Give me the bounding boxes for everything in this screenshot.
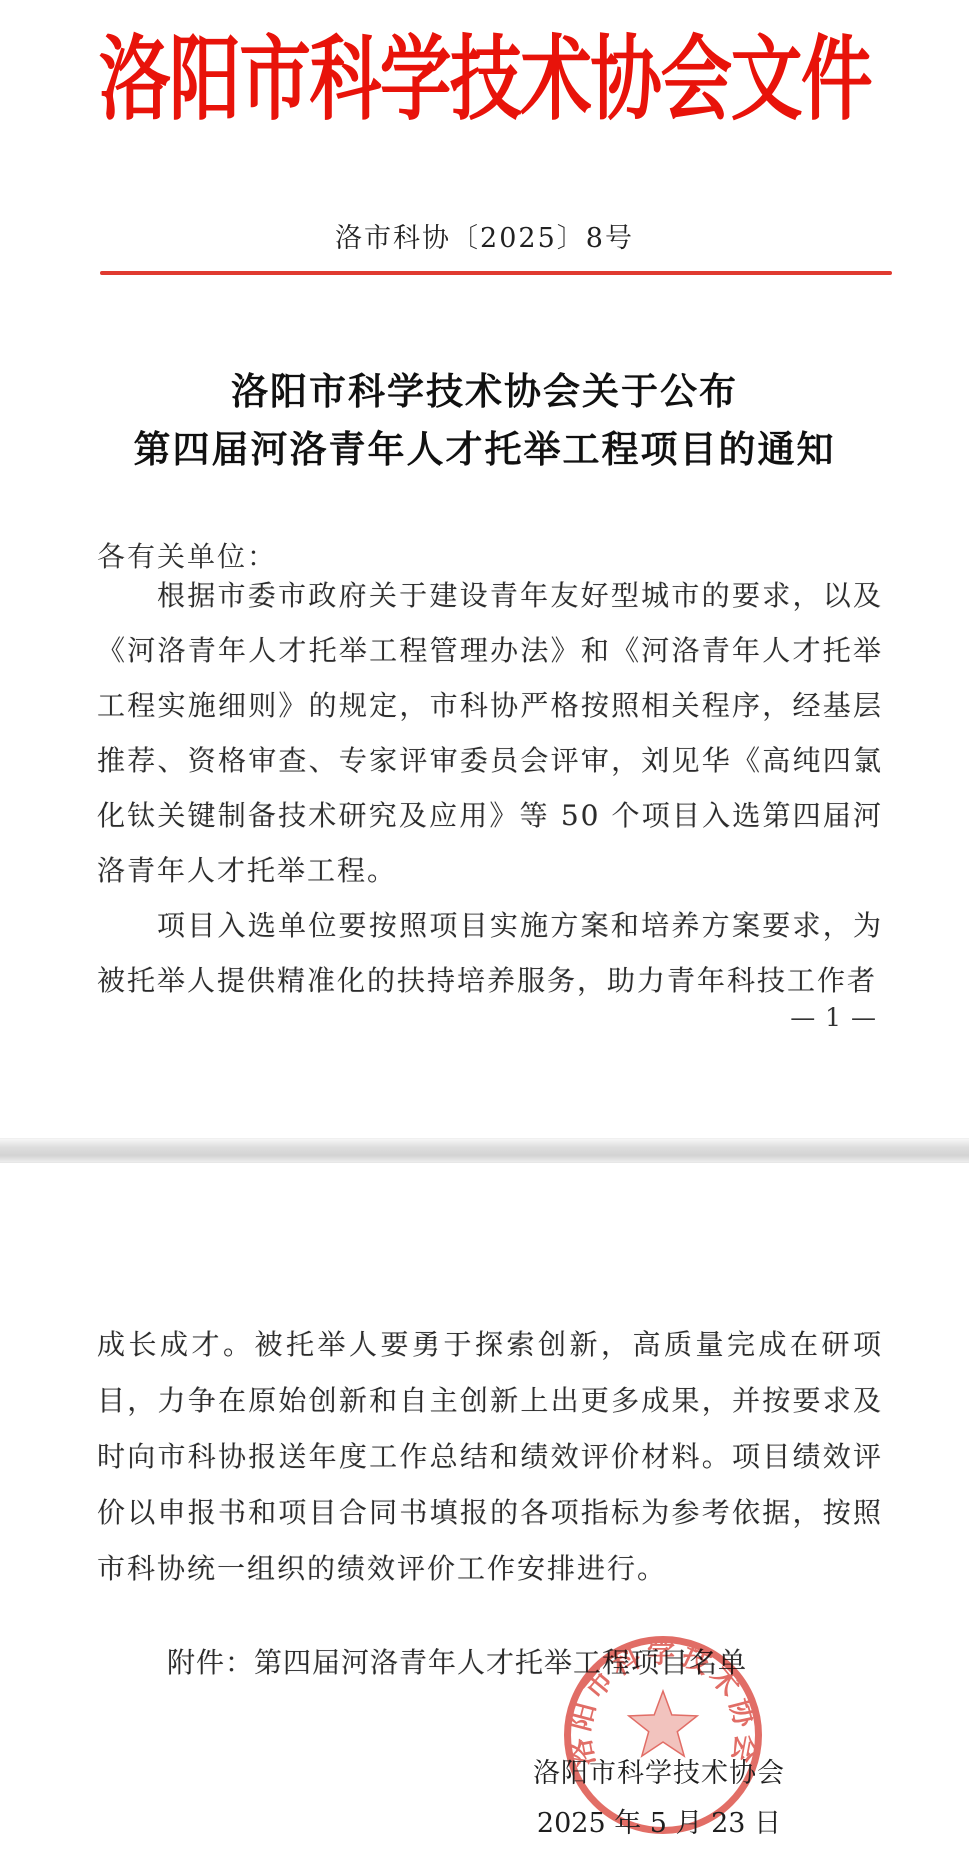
signature-date: 2025 年 5 月 23 日	[535, 1801, 783, 1840]
letterhead-title: 洛阳市科学技术协会文件	[0, 20, 969, 124]
red-separator-rule	[100, 271, 892, 275]
notice-title: 洛阳市科学技术协会关于公布 第四届河洛青年人才托举工程项目的通知	[0, 362, 969, 478]
notice-title-line1: 洛阳市科学技术协会关于公布	[0, 362, 969, 420]
signature-org: 洛阳市科学技术协会	[525, 1751, 793, 1790]
page2-body: 成长成才。被托举人要勇于探索创新，高质量完成在研项目，力争在原始创新和自主创新上…	[97, 1317, 883, 1597]
letterhead-title-text: 洛阳市科学技术协会文件	[98, 6, 870, 138]
page-number: — 1 —	[790, 1003, 877, 1032]
notice-title-line2: 第四届河洛青年人才托举工程项目的通知	[0, 420, 969, 478]
paragraph-2-part1: 项目入选单位要按照项目实施方案和培养方案要求，为被托举人提供精准化的扶持培养服务…	[97, 898, 883, 1008]
seal-star-icon	[629, 1691, 697, 1756]
paragraph-2-part2: 成长成才。被托举人要勇于探索创新，高质量完成在研项目，力争在原始创新和自主创新上…	[97, 1317, 883, 1597]
doc-number: 洛市科协〔2025〕8号	[0, 216, 969, 255]
document-scan: 洛阳市科学技术协会文件 洛市科协〔2025〕8号 洛阳市科学技术协会关于公布 第…	[0, 0, 969, 1874]
paragraph-1: 根据市委市政府关于建设青年友好型城市的要求，以及《河洛青年人才托举工程管理办法》…	[97, 568, 883, 898]
page1-body: 根据市委市政府关于建设青年友好型城市的要求，以及《河洛青年人才托举工程管理办法》…	[97, 568, 883, 1008]
page-break-gap	[0, 1138, 969, 1163]
